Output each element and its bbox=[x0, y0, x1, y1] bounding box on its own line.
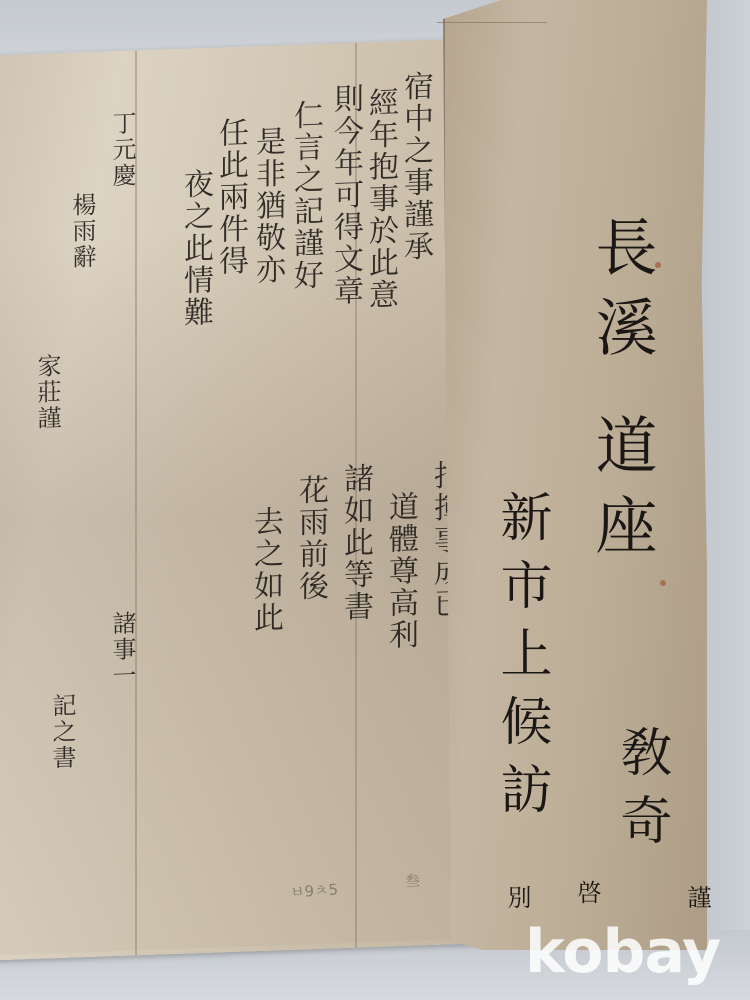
pencil-note: ㅂ9ㅊ5 bbox=[289, 878, 338, 902]
letter-column: 家莊謹 bbox=[35, 353, 59, 432]
letter-column: 去之如此 bbox=[250, 505, 280, 634]
letter-column: 道體尊高利 bbox=[385, 491, 415, 652]
letter-column: 諸如此等書 bbox=[340, 462, 370, 623]
letter-column: 花雨前後 bbox=[295, 474, 325, 603]
stain bbox=[660, 580, 666, 586]
letter-column: 宿中之事謹承 bbox=[400, 70, 430, 263]
letter-column: 諸事一 bbox=[110, 610, 134, 689]
pencil-note: 叁 bbox=[404, 870, 420, 892]
envelope-flap bbox=[436, 0, 559, 23]
envelope-honorific: 敎奇 bbox=[615, 725, 667, 861]
letter-column: 仁言之記謹好 bbox=[290, 99, 320, 292]
stain bbox=[655, 262, 661, 268]
letter-column: 經年抱事於此意 bbox=[365, 86, 395, 311]
envelope-addressee: 長溪 道座 bbox=[590, 215, 652, 573]
letter-column: 任此兩件得 bbox=[215, 117, 245, 278]
photo-scene: 宿中之事謹承 經年抱事於此意 則今年可得文章 仁言之記謹好 是非猶敬亦 任此兩件… bbox=[0, 0, 750, 1000]
kobay-watermark: kobay bbox=[525, 922, 720, 982]
envelope-small-mark: 別 bbox=[500, 885, 535, 913]
envelope-sender-line: 新市上候訪 bbox=[495, 490, 547, 830]
letter-column: 是非猶敬亦 bbox=[252, 125, 282, 286]
letter-column: 則今年可得文章 bbox=[330, 83, 360, 308]
letter-paper: 宿中之事謹承 經年抱事於此意 則今年可得文章 仁言之記謹好 是非猶敬亦 任此兩件… bbox=[0, 38, 490, 960]
letter-column: 記之書 bbox=[50, 693, 74, 772]
letter-column: 夜之此情難 bbox=[180, 168, 210, 329]
envelope-small-mark: 謹 bbox=[680, 885, 715, 913]
letter-column: 楊雨辭 bbox=[70, 192, 94, 271]
envelope-small-mark: 啓 bbox=[570, 880, 605, 908]
letter-column: 丁元慶 bbox=[110, 110, 134, 189]
